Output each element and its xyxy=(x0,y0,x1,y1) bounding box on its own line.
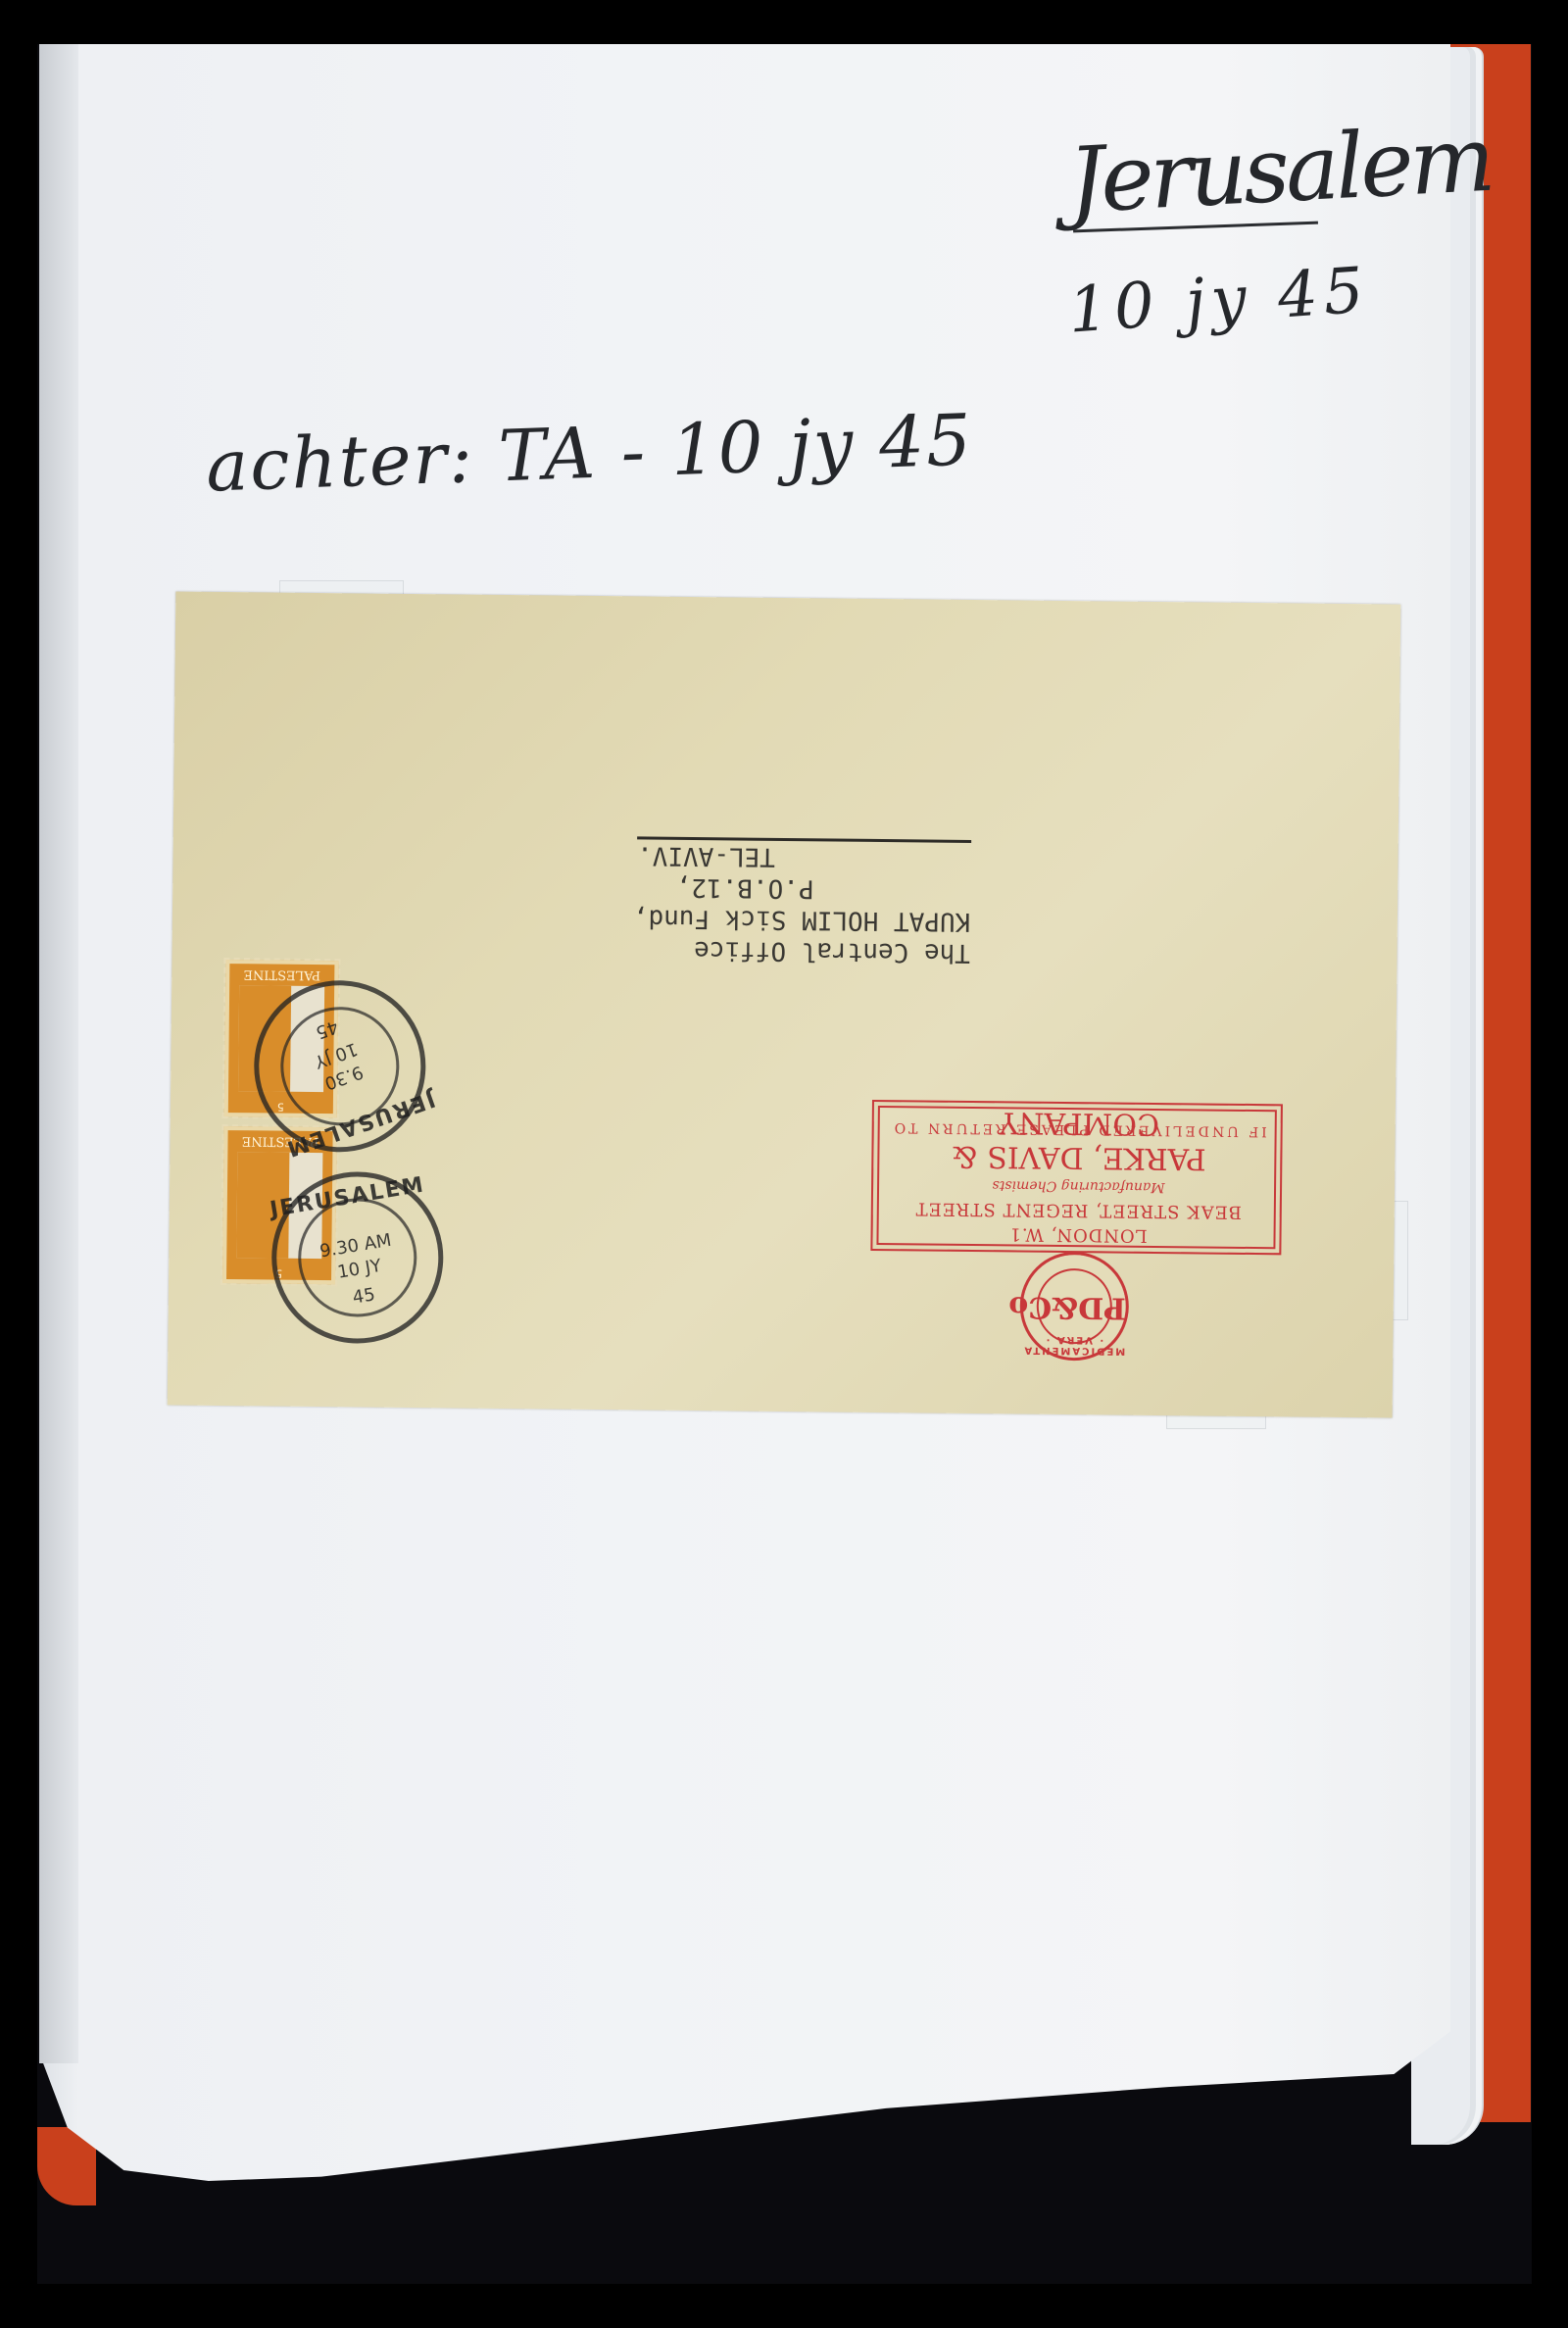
return-street: BEAK STREET, REGENT STREET xyxy=(875,1198,1282,1222)
envelope-cover: The Central OfficeKUPAT HOLIM Sick Fund,… xyxy=(168,591,1401,1417)
return-address-block: MEDICAMENTA · VERA · PD&Co LONDON, W.1 B… xyxy=(873,1104,1283,1353)
return-company: PARKE, DAVIS & COMPANY xyxy=(875,1104,1283,1176)
page-binding-shadow xyxy=(39,44,78,2063)
address-line: TEL-AVIV. xyxy=(637,836,971,874)
address-line: KUPAT HOLIM Sick Fund, xyxy=(633,902,971,937)
address-line: The Central Office xyxy=(632,933,970,968)
return-city: LONDON, W.1 xyxy=(874,1222,1281,1247)
handwritten-title: Jerusalem xyxy=(1065,107,1494,233)
company-seal: MEDICAMENTA · VERA · PD&Co xyxy=(1019,1252,1129,1362)
typed-address: The Central OfficeKUPAT HOLIM Sick Fund,… xyxy=(632,836,971,968)
address-line: P.O.B.12, xyxy=(633,870,971,906)
